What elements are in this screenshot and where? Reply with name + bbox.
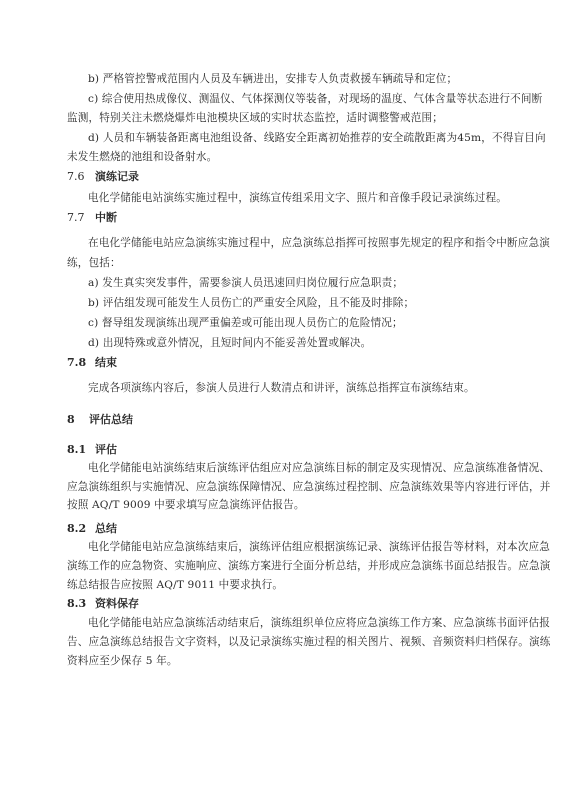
list-item-b: b) 严格管控警戒范围内人员及车辆进出，安排专人负责救援车辆疏导和定位； (88, 72, 457, 86)
section-heading-8-2: 8.2总结 (67, 522, 117, 536)
paragraph-cont: 应急演练组织与实施情况、应急演练保障情况、应急演练过程控制、应急演练效果等内容进… (67, 480, 550, 494)
paragraph: 完成各项演练内容后，参演人员进行人数清点和讲评，演练总指挥宣布演练结束。 (88, 381, 475, 395)
section-heading-7-6: 7.6演练记录 (67, 170, 139, 184)
paragraph-cont: 按照 AQ/T 9009 中要求填写应急演练评估报告。 (67, 498, 305, 512)
paragraph: 在电化学储能电站应急演练实施过程中，应急演练总指挥可按照事先规定的程序和指令中断… (88, 236, 550, 250)
paragraph: 电化学储能电站演练结束后演练评估组应对应急演练目标的制定及实现情况、应急演练准备… (88, 461, 550, 475)
section-number: 8.2 (67, 522, 95, 536)
paragraph-cont: 告、应急演练总结报告文字资料，以及记录演练实施过程的相关图片、视频、音频资料归档… (67, 635, 550, 649)
list-item-d-cont: 未发生燃烧的池组和设备射水。 (67, 150, 217, 164)
section-heading-7-7: 7.7中断 (67, 211, 117, 225)
section-title: 演练记录 (95, 170, 139, 183)
list-item-c: c) 综合使用热成像仪、测温仪、气体探测仪等装备，对现场的温度、气体含量等状态进… (88, 92, 542, 106)
document-page: b) 严格管控警戒范围内人员及车辆进出，安排专人负责救援车辆疏导和定位； c) … (0, 0, 565, 800)
paragraph: 电化学储能电站应急演练活动结束后，演练组织单位应将应急演练工作方案、应急演练书面… (88, 616, 550, 630)
chapter-number: 8 (67, 413, 89, 427)
list-item-a: a) 发生真实突发事件，需要参演人员迅速回归岗位履行应急职责； (88, 276, 403, 290)
section-number: 7.8 (67, 356, 95, 370)
chapter-heading-8: 8评估总结 (67, 413, 133, 427)
section-heading-8-1: 8.1评估 (67, 443, 117, 457)
paragraph: 电化学储能电站应急演练结束后，演练评估组应根据演练记录、演练评估报告等材料，对本… (88, 540, 550, 554)
section-number: 8.3 (67, 597, 95, 611)
section-heading-8-3: 8.3资料保存 (67, 597, 139, 611)
paragraph-cont: 资料应至少保存 5 年。 (67, 654, 178, 668)
list-item-c-cont: 监测，特别关注未燃烧爆炸电池模块区域的实时状态监控，适时调整警戒范围； (67, 111, 443, 125)
paragraph-cont: 演练工作的应急物资、实施响应、演练方案进行全面分析总结，并形成应急演练书面总结报… (67, 559, 550, 573)
section-number: 7.6 (67, 170, 95, 184)
paragraph-cont: 练总结报告应按照 AQ/T 9011 中要求执行。 (67, 578, 283, 592)
section-heading-7-8: 7.8结束 (67, 356, 117, 370)
section-title: 总结 (95, 522, 117, 535)
section-number: 7.7 (67, 211, 95, 225)
list-item-b: b) 评估组发现可能发生人员伤亡的严重安全风险，且不能及时排除； (88, 296, 414, 310)
section-title: 结束 (95, 356, 117, 369)
chapter-title: 评估总结 (89, 413, 133, 426)
paragraph-cont: 练，包括： (67, 256, 121, 270)
section-number: 8.1 (67, 443, 95, 457)
list-item-d: d) 出现特殊或意外情况，且短时间内不能妥善处置或解决。 (88, 336, 371, 350)
list-item-d: d) 人员和车辆装备距离电池组设备、线路安全距离初始推荐的安全疏散距离为45m，… (88, 131, 546, 145)
paragraph: 电化学储能电站演练实施过程中，演练宣传组采用文字、照片和音像手段记录演练过程。 (88, 191, 507, 205)
list-item-c: c) 督导组发现演练出现严重偏差或可能出现人员伤亡的危险情况； (88, 316, 403, 330)
section-title: 评估 (95, 443, 117, 456)
section-title: 中断 (95, 211, 117, 224)
section-title: 资料保存 (95, 597, 139, 610)
